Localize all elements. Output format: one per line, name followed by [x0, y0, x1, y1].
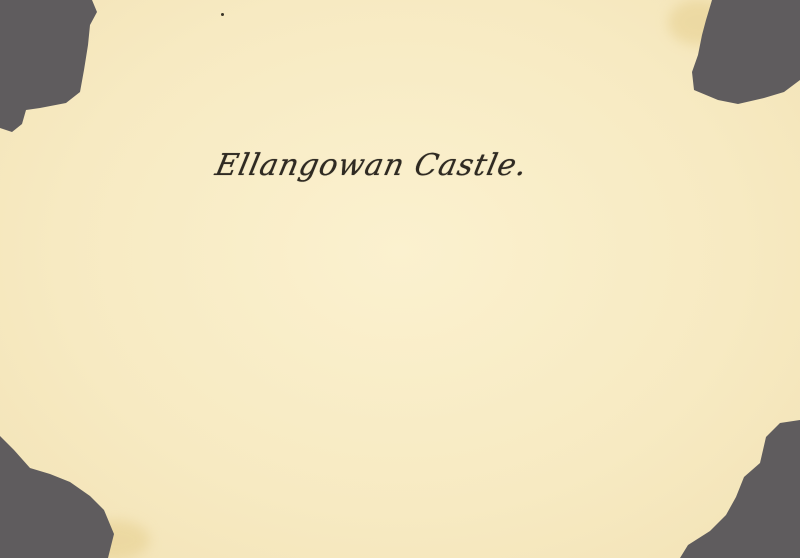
mount-residue-top-right: [680, 0, 800, 110]
paper-sheet: Ellangowan Castle.: [0, 0, 800, 558]
mount-residue-top-left: [0, 0, 110, 140]
mount-residue-bottom-left: [0, 430, 130, 558]
handwritten-inscription: Ellangowan Castle.: [212, 148, 531, 183]
ink-speck: [221, 13, 224, 16]
mount-residue-bottom-right: [680, 415, 800, 558]
